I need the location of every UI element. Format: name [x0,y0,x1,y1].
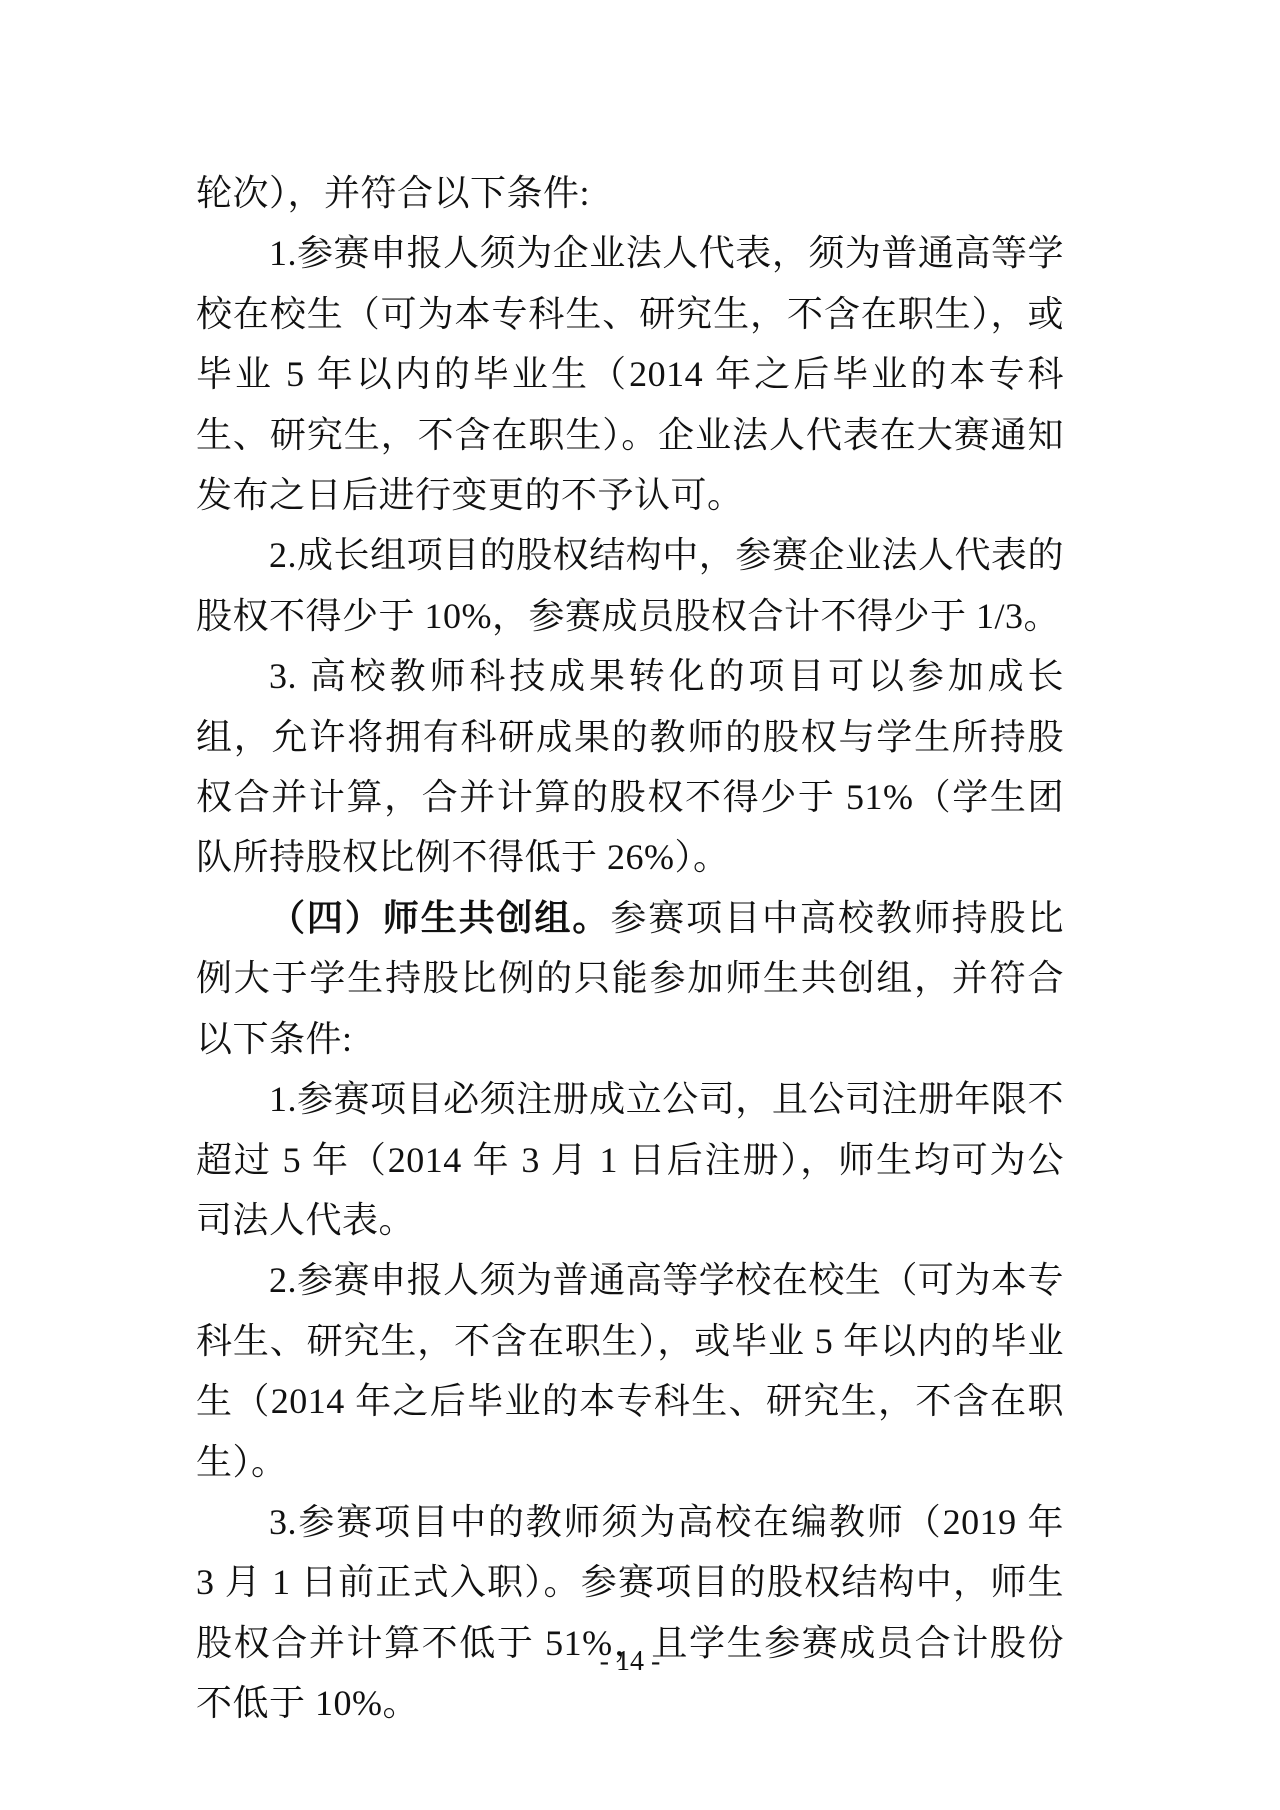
document-body: 轮次），并符合以下条件: 1.参赛申报人须为企业法人代表，须为普通高等学校在校生… [196,163,1064,1734]
paragraph-item-3: 3. 高校教师科技成果转化的项目可以参加成长组，允许将拥有科研成果的教师的股权与… [196,646,1064,888]
paragraph-item-1: 1.参赛申报人须为企业法人代表，须为普通高等学校在校生（可为本专科生、研究生，不… [196,223,1064,525]
paragraph-continuation: 轮次），并符合以下条件: [196,163,1064,223]
page-number: - 14 - [196,1644,1064,1680]
document-page: 轮次），并符合以下条件: 1.参赛申报人须为企业法人代表，须为普通高等学校在校生… [0,0,1280,1810]
paragraph-section-four-item-2: 2.参赛申报人须为普通高等学校在校生（可为本专科生、研究生，不含在职生），或毕业… [196,1250,1064,1492]
paragraph-section-four: （四）师生共创组。参赛项目中高校教师持股比例大于学生持股比例的只能参加师生共创组… [196,888,1064,1069]
paragraph-section-four-item-3: 3.参赛项目中的教师须为高校在编教师（2019 年 3 月 1 日前正式入职）。… [196,1492,1064,1734]
paragraph-section-four-item-1: 1.参赛项目必须注册成立公司，且公司注册年限不超过 5 年（2014 年 3 月… [196,1069,1064,1250]
section-four-heading: （四）师生共创组。 [269,898,610,938]
paragraph-item-2: 2.成长组项目的股权结构中，参赛企业法人代表的股权不得少于 10%，参赛成员股权… [196,525,1064,646]
